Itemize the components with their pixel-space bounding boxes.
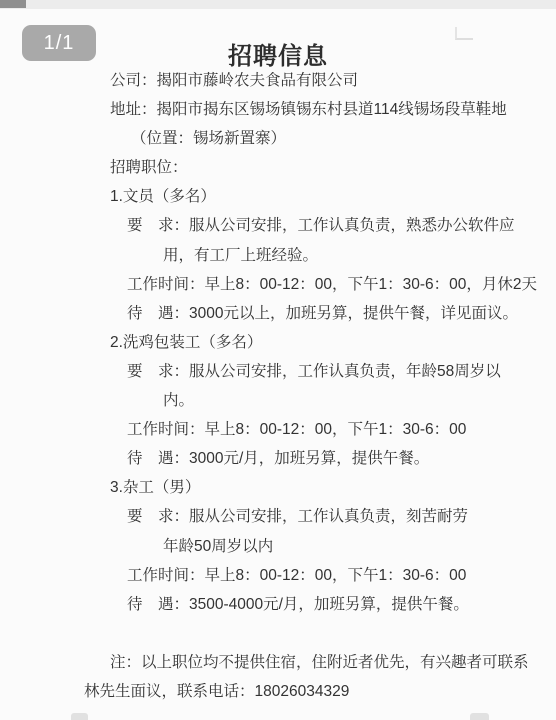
document-body: 公司：揭阳市藤岭农夫食品有限公司 地址：揭阳市揭东区锡场镇锡东村县道114线锡场… <box>0 66 556 706</box>
job3-requirements-line1: 要 求：服从公司安排，工作认真负责，刻苦耐劳 <box>0 502 556 531</box>
job1-requirements-line2: 用，有工厂上班经验。 <box>0 241 556 270</box>
document-viewer[interactable]: 1/1 招聘信息 公司：揭阳市藤岭农夫食品有限公司 地址：揭阳市揭东区锡场镇锡东… <box>0 0 556 720</box>
company-line: 公司：揭阳市藤岭农夫食品有限公司 <box>0 66 556 95</box>
job2-hours: 工作时间：早上8：00-12：00，下午1：30-6：00 <box>0 415 556 444</box>
address-line: 地址：揭阳市揭东区锡场镇锡东村县道114线锡场段草鞋地 <box>0 95 556 124</box>
job1-hours: 工作时间：早上8：00-12：00，下午1：30-6：00，月休2天 <box>0 270 556 299</box>
job1-salary: 待 遇：3000元以上，加班另算，提供午餐，详见面议。 <box>0 299 556 328</box>
address-location-line: （位置：锡场新置寨） <box>0 124 556 153</box>
job3-requirements-line2: 年龄50周岁以内 <box>0 532 556 561</box>
job3-title: 3.杂工（男） <box>0 473 556 502</box>
job3-hours: 工作时间：早上8：00-12：00，下午1：30-6：00 <box>0 561 556 590</box>
job2-requirements-line1: 要 求：服从公司安排，工作认真负责，年龄58周岁以 <box>0 357 556 386</box>
top-left-chip <box>0 0 26 8</box>
job1-requirements-line1: 要 求：服从公司安排，工作认真负责，熟悉办公软件应 <box>0 211 556 240</box>
note-line1: 注：以上职位均不提供住宿，住附近者优先，有兴趣者可联系 <box>0 648 556 677</box>
job1-title: 1.文员（多名） <box>0 182 556 211</box>
top-edge-band <box>0 0 556 9</box>
job3-salary: 待 遇：3500-4000元/月，加班另算，提供午餐。 <box>0 590 556 619</box>
job2-title: 2.洗鸡包装工（多名） <box>0 328 556 357</box>
job2-requirements-line2: 内。 <box>0 386 556 415</box>
note-line2: 林先生面议，联系电话：18026034329 <box>0 677 556 706</box>
positions-header: 招聘职位： <box>0 153 556 182</box>
bottom-right-mark <box>470 713 489 720</box>
job2-salary: 待 遇：3000元/月，加班另算，提供午餐。 <box>0 444 556 473</box>
bottom-left-mark <box>71 713 88 720</box>
spacer-line <box>0 619 556 648</box>
